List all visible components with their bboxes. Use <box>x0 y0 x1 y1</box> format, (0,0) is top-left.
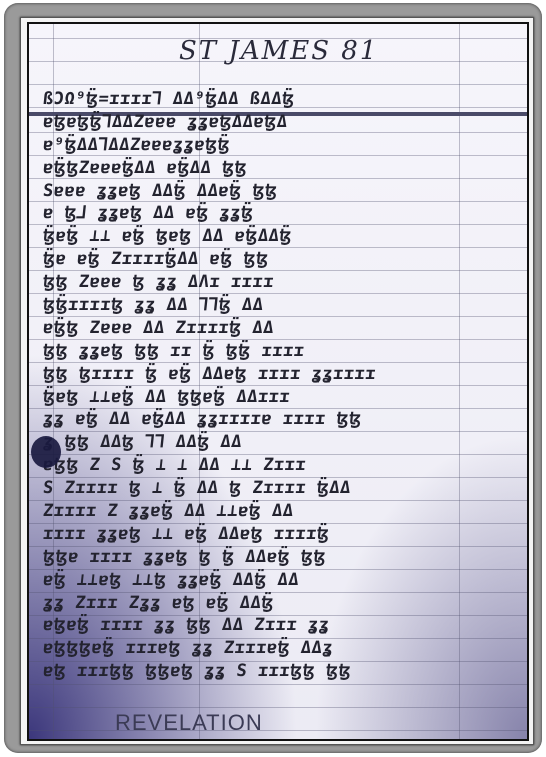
script-line: ʓʓ ɐꜩ̈ ΔΔ ɐꜩ̈ΔΔ ʓʓɪɪɪɪɐ ɪɪɪɪ ꜩꜩ <box>42 408 518 431</box>
handwritten-page: ST JAMES 81 ßƆΩ⁹ꜩ̈=ɪɪɪɪ⅂ ΔΔ⁹ꜩ̈ΔΔ ßΔΔꜩ̈ ɐ… <box>27 22 529 741</box>
ink-blot <box>31 436 61 468</box>
script-line: ɐꜩɐꜩ̈ ɪɪɪɪ ʓʓ ꜩꜩ ΔΔ Zɪɪɪ ʓʓ <box>42 614 518 637</box>
script-line: ʓʓ Zɪɪɪ Zʓʓ ɐꜩ ɐꜩ̈ ΔΔꜩ̈ <box>42 592 518 615</box>
script-line: ɐꜩꜩꜩɐꜩ̈ ɪɪɪɐꜩ ʓʓ Zɪɪɪɐꜩ̈ ΔΔʓ <box>42 637 518 660</box>
script-line: S Zɪɪɪɪ ꜩ ⊥ ꜩ̈ ΔΔ ꜩ Zɪɪɪɪ ꜩ̈ΔΔ <box>42 477 518 500</box>
script-line: ꜩ̈ɐ ɐꜩ̈ Zɪɪɪɪꜩ̈ΔΔ ɐꜩ̈ ꜩꜩ <box>42 248 518 271</box>
script-line: ɐꜩɐꜩꜩ̈⅂ΔΔZɐɐɐ ʓʓɐꜩΔΔɐꜩΔ <box>42 111 518 134</box>
script-line: ʓ ꜩꜩ ΔΔꜩ ⅂⅂ ΔΔꜩ̈ ΔΔ <box>42 431 518 454</box>
script-line: ꜩꜩ ꜩɪɪɪɪ ꜩ̈ ɐꜩ̈ ΔΔɐꜩ ɪɪɪɪ ʓʓɪɪɪɪ <box>42 363 518 386</box>
script-line: ꜩꜩ Zɐɐɐ ꜩ ʓʓ ΔɅɪ ɪɪɪɪ <box>42 271 518 294</box>
script-line: ꜩꜩ ʓʓɐꜩ ꜩꜩ ɪɪ ꜩ̈ ꜩꜩ̈ ɪɪɪɪ <box>42 340 518 363</box>
script-line: ꜩ̈ɐꜩ̈ ⊥⊥ ɐꜩ̈ ꜩɐꜩ ΔΔ ɐꜩ̈ΔΔꜩ̈ <box>42 225 518 248</box>
script-line: ɐꜩ̈ ⊥⊥ɐꜩ ⊥⊥ꜩ ʓʓɐꜩ̈ ΔΔꜩ̈ ΔΔ <box>42 569 518 592</box>
script-line: ꜩꜩ̈ɪɪɪɪꜩ ʓʓ ΔΔ ⅂⅂ꜩ̈ ΔΔ <box>42 294 518 317</box>
script-line: ɪɪɪɪ ʓʓɐꜩ ⊥⊥ ɐꜩ̈ ΔΔɐꜩ ɪɪɪɪꜩ̈ <box>42 523 518 546</box>
script-line: Zɪɪɪɪ Z ʓʓɐꜩ̈ ΔΔ ⊥⊥ɐꜩ̈ ΔΔ <box>42 500 518 523</box>
script-line: ɐꜩ̈ꜩ Zɐɐɐ ΔΔ Zɪɪɪɪꜩ̈ ΔΔ <box>42 317 518 340</box>
script-text-block: ßƆΩ⁹ꜩ̈=ɪɪɪɪ⅂ ΔΔ⁹ꜩ̈ΔΔ ßΔΔꜩ̈ ɐꜩɐꜩꜩ̈⅂ΔΔZɐɐɐ… <box>43 88 517 683</box>
page-caption: REVELATION <box>115 710 263 736</box>
script-line: ɐꜩꜩ Z S ꜩ̈ ⊥ ⊥ ΔΔ ⊥⊥ Zɪɪɪ <box>42 454 518 477</box>
script-line: ꜩꜩɐ ɪɪɪɪ ʓʓɐꜩ ꜩ ꜩ̈ ΔΔɐꜩ̈ ꜩꜩ <box>42 546 518 569</box>
script-line: Sɐɐɐ ʓʓɐꜩ ΔΔꜩ̈ ΔΔɐꜩ̈ ꜩꜩ <box>42 180 518 203</box>
document-frame: ST JAMES 81 ßƆΩ⁹ꜩ̈=ɪɪɪɪ⅂ ΔΔ⁹ꜩ̈ΔΔ ßΔΔꜩ̈ ɐ… <box>4 3 542 753</box>
script-line: ɐ⁹ꜩ̈ΔΔ⅂ΔΔZɐɐɐʓʓɐꜩꜩ̈ <box>42 134 518 157</box>
script-line: ꜩ̈ɐꜩ ⊥⊥ɐꜩ̈ ΔΔ ꜩꜩɐꜩ̈ ΔΔɪɪɪ <box>42 386 518 409</box>
script-line: ßƆΩ⁹ꜩ̈=ɪɪɪɪ⅂ ΔΔ⁹ꜩ̈ΔΔ ßΔΔꜩ̈ <box>42 88 518 111</box>
script-line: ɐꜩ̈ꜩZɐɐɐꜩ̈ΔΔ ɐꜩ̈ΔΔ ꜩꜩ <box>42 157 518 180</box>
page-heading: ST JAMES 81 <box>179 36 378 66</box>
photo-mount: ST JAMES 81 ßƆΩ⁹ꜩ̈=ɪɪɪɪ⅂ ΔΔ⁹ꜩ̈ΔΔ ßΔΔꜩ̈ ɐ… <box>20 17 534 745</box>
script-line: ɐ ꜩ⅃ ʓʓɐꜩ ΔΔ ɐꜩ̈ ʓʓꜩ̈ <box>42 202 518 225</box>
script-line: ɐꜩ ɪɪɪꜩꜩ ꜩꜩɐꜩ ʓʓ S ɪɪɪꜩꜩ ꜩꜩ <box>42 660 518 683</box>
